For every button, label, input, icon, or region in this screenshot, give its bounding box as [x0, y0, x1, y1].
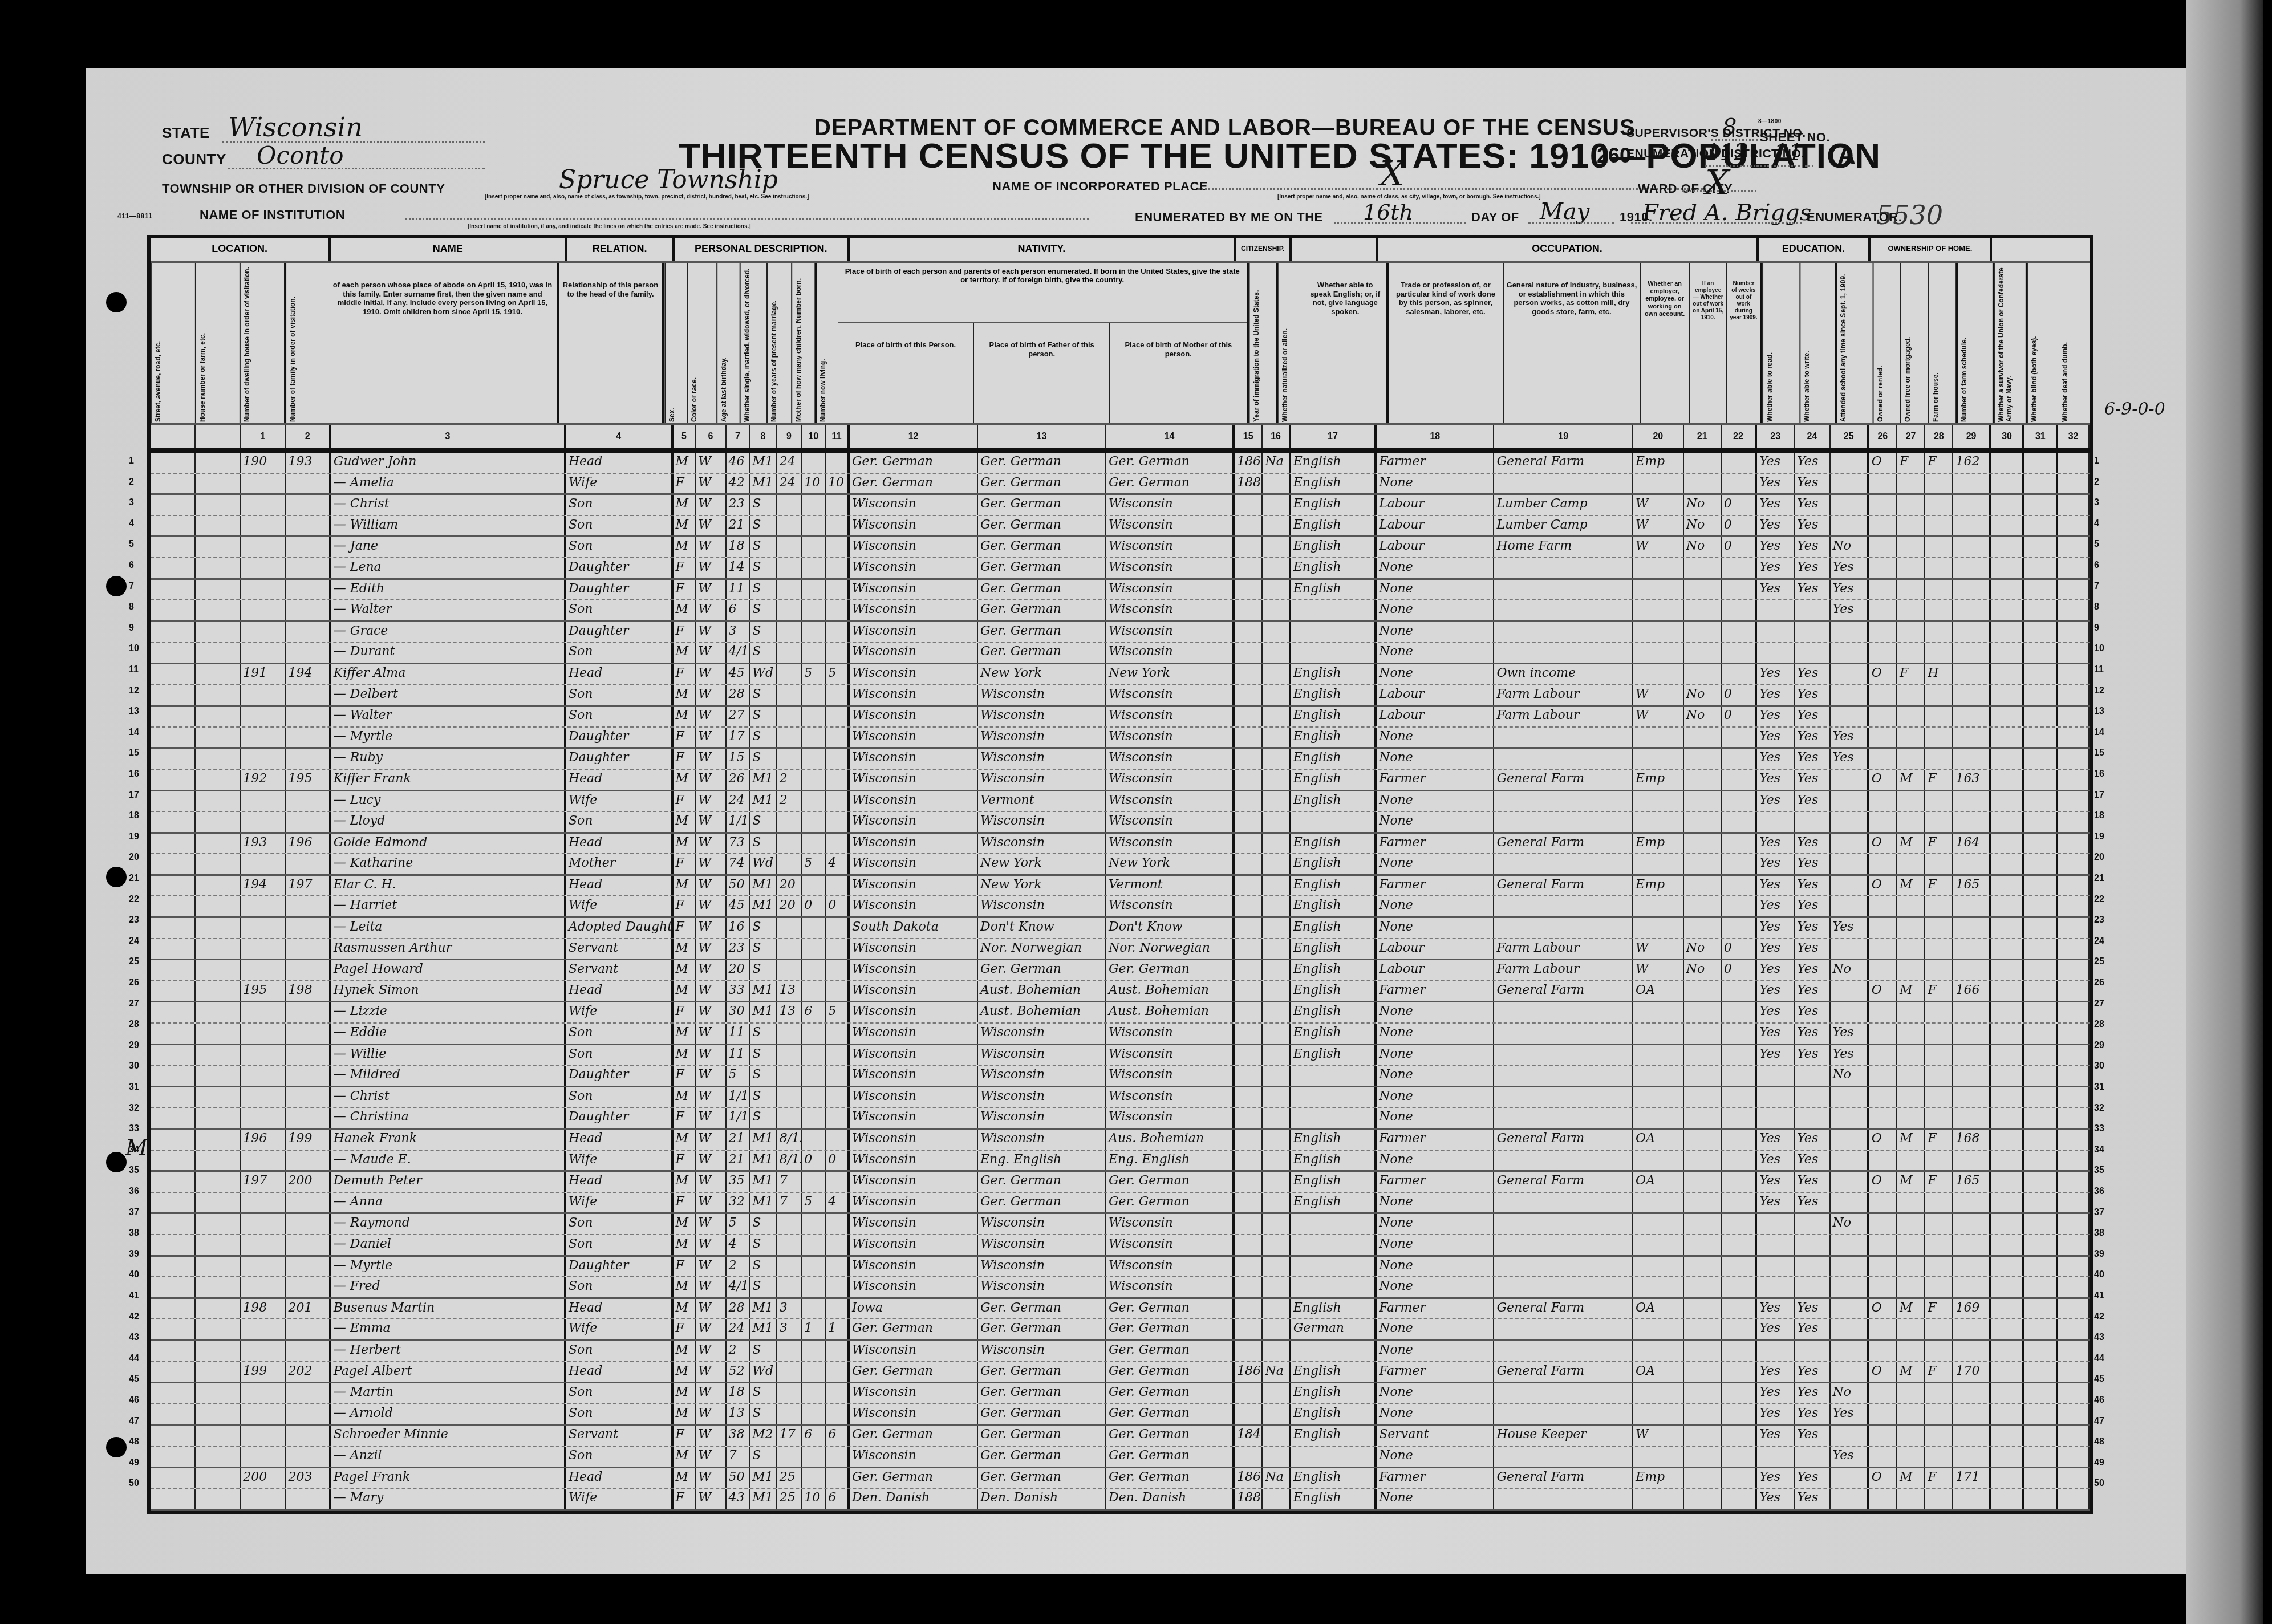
cell-family: [286, 474, 331, 494]
cell-blank: [2024, 1362, 2058, 1382]
cell-natz: [1263, 896, 1291, 916]
cell-pob-father: Wisconsin: [978, 1235, 1106, 1255]
cell-family: [286, 749, 331, 769]
cell-relation: Son: [566, 1087, 674, 1107]
cell-natz: [1263, 854, 1291, 874]
cell-age: 16: [727, 918, 750, 938]
cell-english: English: [1291, 474, 1377, 494]
cell-natz: [1263, 685, 1291, 705]
cell-relation: Head: [566, 770, 674, 790]
cell-immig: [1235, 558, 1263, 578]
cell-school: Yes: [1831, 728, 1869, 748]
cell-blank: [196, 1468, 241, 1488]
group-education: EDUCATION.: [1759, 238, 1871, 261]
cell-race: W: [696, 558, 727, 578]
cell-dwelling: [241, 918, 286, 938]
cell-living: [826, 939, 850, 959]
line-number: 14: [2094, 728, 2104, 738]
cell-free: [1897, 707, 1925, 726]
cell-age: 1/12: [727, 812, 750, 832]
cell-race: W: [696, 1257, 727, 1277]
cell-marital: S: [750, 600, 777, 620]
cell-blank: [1991, 1045, 2025, 1065]
cell-weeks: [1722, 791, 1757, 811]
table-row: — DanielSonMW4SWisconsinWisconsinWiscons…: [151, 1235, 2090, 1257]
cell-name: — Maude E.: [331, 1151, 566, 1171]
cell-years-married: [777, 643, 802, 663]
line-number: 9: [129, 623, 134, 634]
cell-sched: 165: [1953, 1172, 1991, 1192]
cell-living: 6: [826, 1489, 850, 1509]
cell-blank: [196, 474, 241, 494]
line-number: 36: [2094, 1187, 2104, 1197]
column-number: 31: [2024, 425, 2058, 448]
cell-pob: Wisconsin: [850, 1045, 978, 1065]
cell-blank: [196, 1383, 241, 1403]
cell-free: M: [1897, 770, 1925, 790]
cell-pob-father: Wisconsin: [978, 1341, 1106, 1361]
sheet-value: 11: [1774, 139, 1803, 165]
cell-dwelling: [241, 1489, 286, 1509]
cell-farm: [1925, 939, 1953, 959]
cell-immig: [1235, 918, 1263, 938]
cell-class: OA: [1633, 1299, 1684, 1319]
cell-read: Yes: [1757, 453, 1795, 473]
cell-blank: [2024, 1383, 2058, 1403]
col-head-mother-birthplace: Place of birth of Mother of this person.: [1110, 323, 1247, 423]
cell-relation: Head: [566, 453, 674, 473]
cell-blank: [2024, 876, 2058, 896]
cell-own: [1869, 791, 1897, 811]
cell-read: [1757, 1066, 1795, 1086]
cell-class: Emp: [1633, 1468, 1684, 1488]
cell-immig: [1235, 960, 1263, 980]
cell-farm: [1925, 728, 1953, 748]
cell-sex: M: [674, 1299, 696, 1319]
cell-blank: [1991, 728, 2025, 748]
cell-sched: 162: [1953, 453, 1991, 473]
table-row: — ChristinaDaughterFW1/12SWisconsinWisco…: [151, 1108, 2090, 1130]
cell-pob-father: Ger. German: [978, 474, 1106, 494]
cell-blank: [2058, 876, 2090, 896]
nativity-note: Place of birth of each person and parent…: [838, 263, 1247, 323]
col-head-children-born: Mother of how many children. Number born…: [791, 263, 814, 423]
cell-family: [286, 537, 331, 557]
cell-pob-father: Wisconsin: [978, 1130, 1106, 1150]
cell-blank: [151, 918, 196, 938]
cell-school: Yes: [1831, 600, 1869, 620]
cell-natz: [1263, 1151, 1291, 1171]
line-number: 32: [129, 1103, 139, 1114]
cell-sched: 168: [1953, 1130, 1991, 1150]
cell-trade: None: [1377, 791, 1494, 811]
cell-blank: [151, 728, 196, 748]
cell-dwelling: [241, 1383, 286, 1403]
cell-age: 4: [727, 1235, 750, 1255]
line-number: 21: [2094, 874, 2104, 884]
cell-marital: S: [750, 939, 777, 959]
cell-school: [1831, 1277, 1869, 1297]
cell-weeks: [1722, 1108, 1757, 1128]
col-head-immigration-year: Year of immigration to the United States…: [1249, 263, 1277, 423]
cell-pob-father: Ger. German: [978, 622, 1106, 642]
cell-sched: [1953, 474, 1991, 494]
cell-dwelling: [241, 1257, 286, 1277]
cell-own: [1869, 1319, 1897, 1339]
column-number: 18: [1377, 425, 1494, 448]
cell-race: W: [696, 981, 727, 1001]
cell-age: 26: [727, 770, 750, 790]
cell-marital: S: [750, 1383, 777, 1403]
cell-relation: Mother: [566, 854, 674, 874]
cell-pob-father: Wisconsin: [978, 1087, 1106, 1107]
cell-age: 73: [727, 834, 750, 854]
cell-blank: [2058, 1299, 2090, 1319]
cell-sex: F: [674, 749, 696, 769]
cell-blank: [2024, 1468, 2058, 1488]
cell-class: [1633, 896, 1684, 916]
cell-farm: [1925, 896, 1953, 916]
cell-born: [802, 1447, 826, 1467]
cell-immig: [1235, 896, 1263, 916]
cell-write: Yes: [1795, 453, 1830, 473]
cell-class: [1633, 749, 1684, 769]
cell-blank: [1991, 1130, 2025, 1150]
cell-blank: [196, 622, 241, 642]
cell-english: English: [1291, 1426, 1377, 1446]
cell-english: English: [1291, 1468, 1377, 1488]
cell-natz: [1263, 728, 1291, 748]
cell-age: 4/12: [727, 643, 750, 663]
cell-age: 2: [727, 1257, 750, 1277]
cell-immig: 1888: [1235, 1489, 1263, 1509]
cell-born: 6: [802, 1002, 826, 1022]
cell-industry: [1494, 1002, 1633, 1022]
cell-trade: None: [1377, 1087, 1494, 1107]
cell-race: W: [696, 876, 727, 896]
enumerator-line: [1631, 222, 1802, 224]
township-hint: [Insert proper name and, also, name of c…: [485, 194, 809, 200]
cell-age: 38: [727, 1426, 750, 1446]
cell-farm: [1925, 1426, 1953, 1446]
cell-blank: [2024, 812, 2058, 832]
cell-relation: Servant: [566, 939, 674, 959]
cell-years-married: 24: [777, 453, 802, 473]
cell-name: — Arnold: [331, 1404, 566, 1424]
cell-name: — Christ: [331, 495, 566, 515]
cell-class: OA: [1633, 981, 1684, 1001]
cell-farm: [1925, 1045, 1953, 1065]
cell-blank: [151, 643, 196, 663]
cell-name: — Christ: [331, 1087, 566, 1107]
cell-english: English: [1291, 896, 1377, 916]
cell-race: W: [696, 1193, 727, 1213]
cell-blank: [2024, 1087, 2058, 1107]
cell-read: [1757, 600, 1795, 620]
table-row: Rasmussen ArthurServantMW23SWisconsinNor…: [151, 939, 2090, 961]
cell-pob-mother: Wisconsin: [1106, 896, 1235, 916]
cell-born: 5: [802, 854, 826, 874]
cell-blank: [1991, 1172, 2025, 1192]
cell-family: 198: [286, 981, 331, 1001]
cell-industry: [1494, 474, 1633, 494]
cell-sched: [1953, 1319, 1991, 1339]
cell-blank: [196, 1362, 241, 1382]
cell-sched: [1953, 896, 1991, 916]
line-number: 5: [129, 539, 134, 550]
cell-relation: Son: [566, 1277, 674, 1297]
cell-farm: F: [1925, 1362, 1953, 1382]
cell-family: [286, 960, 331, 980]
cell-relation: Head: [566, 876, 674, 896]
cell-born: [802, 1341, 826, 1361]
cell-born: [802, 918, 826, 938]
cell-age: 45: [727, 664, 750, 684]
cell-dwelling: 194: [241, 876, 286, 896]
cell-pob: Wisconsin: [850, 960, 978, 980]
cell-trade: Farmer: [1377, 981, 1494, 1001]
cell-living: [826, 1299, 850, 1319]
state-value: Wisconsin: [228, 112, 363, 143]
cell-marital: M1: [750, 770, 777, 790]
cell-blank: [1991, 474, 2025, 494]
cell-living: [826, 558, 850, 578]
cell-blank: [2058, 580, 2090, 600]
cell-age: 17: [727, 728, 750, 748]
cell-sex: F: [674, 1426, 696, 1446]
cell-own: [1869, 1108, 1897, 1128]
cell-pob: Wisconsin: [850, 1383, 978, 1403]
cell-natz: [1263, 495, 1291, 515]
cell-blank: [2024, 1108, 2058, 1128]
cell-sched: [1953, 1404, 1991, 1424]
table-row: — MyrtleDaughterFW2SWisconsinWisconsinWi…: [151, 1257, 2090, 1278]
cell-out: [1684, 854, 1722, 874]
cell-weeks: [1722, 622, 1757, 642]
cell-born: [802, 622, 826, 642]
cell-born: 10: [802, 474, 826, 494]
line-number: 7: [2094, 582, 2099, 592]
cell-class: [1633, 600, 1684, 620]
cell-years-married: [777, 1214, 802, 1234]
cell-pob: Ger. German: [850, 453, 978, 473]
cell-read: Yes: [1757, 1045, 1795, 1065]
cell-free: [1897, 1319, 1925, 1339]
cell-age: 7: [727, 1447, 750, 1467]
cell-name: — Ruby: [331, 749, 566, 769]
cell-blank: [196, 1235, 241, 1255]
cell-write: Yes: [1795, 728, 1830, 748]
cell-blank: [2058, 474, 2090, 494]
cell-pob: Wisconsin: [850, 812, 978, 832]
cell-pob-mother: Wisconsin: [1106, 580, 1235, 600]
cell-out: No: [1684, 939, 1722, 959]
cell-blank: [2024, 834, 2058, 854]
cell-race: W: [696, 1108, 727, 1128]
cell-english: English: [1291, 728, 1377, 748]
cell-natz: [1263, 1193, 1291, 1213]
cell-family: [286, 1087, 331, 1107]
cell-relation: Daughter: [566, 558, 674, 578]
column-number: 21: [1684, 425, 1722, 448]
line-number: 45: [2094, 1374, 2104, 1385]
cell-write: Yes: [1795, 1193, 1830, 1213]
cell-blank: [196, 960, 241, 980]
col-head-name: of each person whose place of abode on A…: [328, 263, 559, 423]
cell-school: Yes: [1831, 1404, 1869, 1424]
cell-class: [1633, 1383, 1684, 1403]
cell-blank: [1991, 1108, 2025, 1128]
punch-hole: [106, 292, 127, 312]
cell-free: M: [1897, 1299, 1925, 1319]
cell-free: [1897, 1404, 1925, 1424]
cell-industry: Lumber Camp: [1494, 516, 1633, 536]
cell-weeks: 0: [1722, 537, 1757, 557]
cell-relation: Son: [566, 1214, 674, 1234]
cell-living: [826, 749, 850, 769]
cell-weeks: [1722, 1362, 1757, 1382]
cell-pob-mother: Wisconsin: [1106, 707, 1235, 726]
cell-born: [802, 1404, 826, 1424]
cell-pob: Wisconsin: [850, 1214, 978, 1234]
column-number: 3: [331, 425, 566, 448]
cell-living: [826, 580, 850, 600]
cell-immig: [1235, 516, 1263, 536]
cell-years-married: 13: [777, 1002, 802, 1022]
column-group-row: LOCATION. NAME RELATION. PERSONAL DESCRI…: [151, 238, 2090, 263]
cell-blank: [196, 707, 241, 726]
cell-age: 28: [727, 685, 750, 705]
cell-blank: [2024, 1214, 2058, 1234]
cell-race: W: [696, 918, 727, 938]
cell-living: 5: [826, 664, 850, 684]
cell-industry: [1494, 622, 1633, 642]
cell-school: [1831, 1108, 1869, 1128]
cell-pob: Wisconsin: [850, 643, 978, 663]
cell-out: [1684, 1172, 1722, 1192]
cell-blank: [2058, 791, 2090, 811]
group-relation: RELATION.: [567, 238, 674, 261]
cell-immig: [1235, 876, 1263, 896]
cell-blank: [196, 1319, 241, 1339]
cell-blank: [151, 1193, 196, 1213]
col-head-veteran: Whether a survivor of the Union or Confe…: [1993, 263, 2026, 423]
cell-blank: [2024, 1172, 2058, 1192]
cell-born: [802, 558, 826, 578]
cell-weeks: [1722, 981, 1757, 1001]
cell-relation: Son: [566, 1383, 674, 1403]
cell-race: W: [696, 580, 727, 600]
cell-read: [1757, 643, 1795, 663]
cell-blank: [196, 918, 241, 938]
cell-sex: F: [674, 918, 696, 938]
cell-blank: [196, 1447, 241, 1467]
cell-living: [826, 600, 850, 620]
cell-farm: F: [1925, 1130, 1953, 1150]
cell-living: [826, 728, 850, 748]
cell-class: Emp: [1633, 453, 1684, 473]
cell-immig: [1235, 600, 1263, 620]
line-number: 12: [2094, 686, 2104, 696]
cell-out: [1684, 981, 1722, 1001]
cell-age: 11: [727, 580, 750, 600]
cell-industry: [1494, 1214, 1633, 1234]
cell-blank: [151, 939, 196, 959]
cell-out: [1684, 918, 1722, 938]
cell-trade: Labour: [1377, 685, 1494, 705]
table-row: — MartinSonMW18SWisconsinGer. GermanGer.…: [151, 1383, 2090, 1404]
cell-dwelling: [241, 960, 286, 980]
cell-blank: [151, 896, 196, 916]
cell-own: [1869, 1193, 1897, 1213]
cell-family: 196: [286, 834, 331, 854]
cell-blank: [2024, 939, 2058, 959]
cell-name: — Walter: [331, 707, 566, 726]
cell-race: W: [696, 1214, 727, 1234]
cell-blank: [2024, 1341, 2058, 1361]
cell-family: [286, 1489, 331, 1509]
cell-own: O: [1869, 834, 1897, 854]
cell-pob-father: Ger. German: [978, 516, 1106, 536]
cell-weeks: [1722, 1087, 1757, 1107]
column-number: 26: [1869, 425, 1897, 448]
cell-trade: None: [1377, 1045, 1494, 1065]
line-number: 19: [2094, 832, 2104, 842]
cell-blank: [151, 622, 196, 642]
cell-industry: [1494, 1087, 1633, 1107]
cell-blank: [2058, 1383, 2090, 1403]
column-number: 29: [1953, 425, 1991, 448]
cell-race: W: [696, 1277, 727, 1297]
cell-class: Emp: [1633, 770, 1684, 790]
cell-free: [1897, 854, 1925, 874]
cell-pob-mother: Aust. Bohemian: [1106, 981, 1235, 1001]
col-head-children-living: Number now living.: [814, 263, 838, 423]
cell-pob-father: Ger. German: [978, 1447, 1106, 1467]
line-number: 32: [2094, 1103, 2104, 1114]
cell-farm: [1925, 622, 1953, 642]
cell-farm: [1925, 749, 1953, 769]
cell-pob-mother: Wisconsin: [1106, 749, 1235, 769]
cell-read: Yes: [1757, 685, 1795, 705]
cell-trade: None: [1377, 1341, 1494, 1361]
county-label: COUNTY: [162, 151, 226, 168]
cell-out: [1684, 1130, 1722, 1150]
cell-out: [1684, 622, 1722, 642]
cell-blank: [2024, 580, 2058, 600]
cell-sched: [1953, 685, 1991, 705]
cell-family: [286, 791, 331, 811]
cell-dwelling: [241, 791, 286, 811]
cell-family: [286, 707, 331, 726]
cell-english: English: [1291, 1193, 1377, 1213]
table-row: — WillieSonMW11SWisconsinWisconsinWiscon…: [151, 1045, 2090, 1066]
cell-natz: [1263, 791, 1291, 811]
cell-weeks: [1722, 1277, 1757, 1297]
cell-sex: F: [674, 1319, 696, 1339]
cell-pob-father: Ger. German: [978, 1172, 1106, 1192]
table-row: — LeitaAdopted DaughterFW16SSouth Dakota…: [151, 918, 2090, 939]
cell-industry: General Farm: [1494, 834, 1633, 854]
cell-natz: [1263, 474, 1291, 494]
cell-english: English: [1291, 749, 1377, 769]
cell-blank: [151, 981, 196, 1001]
cell-free: [1897, 1214, 1925, 1234]
cell-relation: Head: [566, 1299, 674, 1319]
cell-farm: [1925, 1257, 1953, 1277]
cell-read: Yes: [1757, 495, 1795, 515]
cell-class: OA: [1633, 1172, 1684, 1192]
